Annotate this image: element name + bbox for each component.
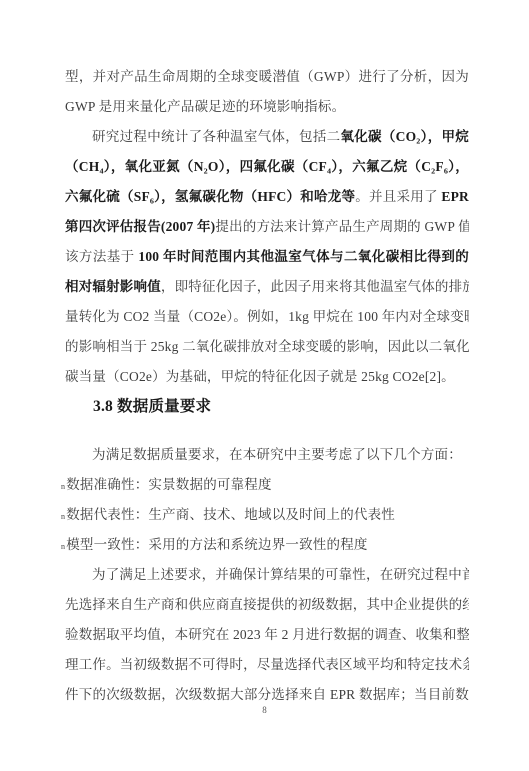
text-line: 第四次评估报告(2007 年)提出的方法来计算产品生产周期的 GWP 值。 — [65, 212, 469, 242]
bold-text-segment: 100 年时间范围内其他温室气体与二氧化碳相比得到的 — [138, 249, 469, 264]
document-lines: 型，并对产品生命周期的全球变暖潜值（GWP）进行了分析，因为GWP 是用来量化产… — [65, 62, 469, 710]
text-segment: 模型一致性：采用的方法和系统边界一致性的程度 — [66, 537, 367, 552]
bullet-marker: n — [61, 512, 65, 521]
text-line: 先选择来自生产商和供应商直接提供的初级数据，其中企业提供的经 — [65, 590, 469, 620]
bold-text-segment: 第四次评估报告(2007 年) — [65, 219, 215, 234]
text-line: 碳当量（CO2e）为基础，甲烷的特征化因子就是 25kg CO2e[2]。 — [65, 362, 469, 392]
text-segment: 的影响相当于 25kg 二氧化碳排放对全球变暖的影响，因此以二氧化 — [65, 339, 469, 354]
bold-text-segment: （CH₄），氧化亚氮（N₂O），四氟化碳（CF₄），六氟乙烷（C₂F₆）， — [65, 159, 469, 174]
bullet-item: n模型一致性：采用的方法和系统边界一致性的程度 — [61, 530, 469, 560]
bold-text-segment: 氧化碳（CO₂），甲烷 — [340, 129, 469, 144]
text-line: 验数据取平均值，本研究在 2023 年 2 月进行数据的调查、收集和整 — [65, 620, 469, 650]
text-segment: 为满足数据质量要求，在本研究中主要考虑了以下几个方面： — [92, 447, 462, 462]
text-line: 为了满足上述要求，并确保计算结果的可靠性，在研究过程中首 — [65, 560, 469, 590]
text-segment: 验数据取平均值，本研究在 2023 年 2 月进行数据的调查、收集和整 — [65, 627, 469, 642]
text-segment: 件下的次级数据，次级数据大部分选择来自 EPR 数据库；当目前数 — [65, 687, 469, 702]
text-line: 为满足数据质量要求，在本研究中主要考虑了以下几个方面： — [65, 440, 469, 470]
text-segment: 研究过程中统计了各种温室气体，包括二 — [92, 129, 340, 144]
text-segment: ，即特征化因子，此因子用来将其他温室气体的排放 — [161, 279, 469, 294]
text-line: 的影响相当于 25kg 二氧化碳排放对全球变暖的影响，因此以二氧化 — [65, 332, 469, 362]
bullet-marker: n — [61, 482, 65, 491]
bold-text-segment: EPR — [441, 189, 469, 204]
text-line: 型，并对产品生命周期的全球变暖潜值（GWP）进行了分析，因为 — [65, 62, 469, 92]
text-segment: GWP 是用来量化产品碳足迹的环境影响指标。 — [65, 99, 345, 114]
text-segment: 先选择来自生产商和供应商直接提供的初级数据，其中企业提供的经 — [65, 597, 469, 612]
text-segment: 数据准确性：实景数据的可靠程度 — [66, 477, 272, 492]
text-segment: 数据代表性：生产商、技术、地域以及时间上的代表性 — [66, 507, 395, 522]
text-line: 量转化为 CO2 当量（CO2e）。例如，1kg 甲烷在 100 年内对全球变暖 — [65, 302, 469, 332]
bold-text-segment: 六氟化硫（SF₆），氢氟碳化物（HFC）和哈龙等 — [65, 189, 355, 204]
section-heading: 3.8 数据质量要求 — [65, 392, 469, 422]
text-line: 六氟化硫（SF₆），氢氟碳化物（HFC）和哈龙等。并且采用了 EPR — [65, 182, 469, 212]
bold-text-segment: 相对辐射影响值 — [65, 279, 161, 294]
bullet-marker: n — [61, 542, 65, 551]
bold-text-segment: 3.8 数据质量要求 — [93, 398, 211, 415]
text-segment: 碳当量（CO2e）为基础，甲烷的特征化因子就是 25kg CO2e[2]。 — [65, 369, 455, 384]
document-page: 型，并对产品生命周期的全球变暖潜值（GWP）进行了分析，因为GWP 是用来量化产… — [0, 0, 529, 771]
text-line: GWP 是用来量化产品碳足迹的环境影响指标。 — [65, 92, 469, 122]
text-segment: 提出的方法来计算产品生产周期的 GWP 值。 — [215, 219, 469, 234]
text-line: 理工作。当初级数据不可得时，尽量选择代表区域平均和特定技术条 — [65, 650, 469, 680]
text-line: 研究过程中统计了各种温室气体，包括二氧化碳（CO₂），甲烷 — [65, 122, 469, 152]
page-number: 8 — [0, 705, 529, 715]
text-segment: 理工作。当初级数据不可得时，尽量选择代表区域平均和特定技术条 — [65, 657, 469, 672]
text-segment: 型，并对产品生命周期的全球变暖潜值（GWP）进行了分析，因为 — [65, 69, 469, 84]
text-line: （CH₄），氧化亚氮（N₂O），四氟化碳（CF₄），六氟乙烷（C₂F₆）， — [65, 152, 469, 182]
text-segment: 为了满足上述要求，并确保计算结果的可靠性，在研究过程中首 — [92, 567, 469, 582]
text-line: 相对辐射影响值，即特征化因子，此因子用来将其他温室气体的排放 — [65, 272, 469, 302]
text-segment: 量转化为 CO2 当量（CO2e）。例如，1kg 甲烷在 100 年内对全球变暖 — [65, 309, 469, 324]
text-line: 该方法基于 100 年时间范围内其他温室气体与二氧化碳相比得到的 — [65, 242, 469, 272]
text-segment: 该方法基于 — [65, 249, 138, 264]
bullet-item: n数据代表性：生产商、技术、地域以及时间上的代表性 — [61, 500, 469, 530]
bullet-item: n数据准确性：实景数据的可靠程度 — [61, 470, 469, 500]
text-segment: 。并且采用了 — [355, 189, 441, 204]
